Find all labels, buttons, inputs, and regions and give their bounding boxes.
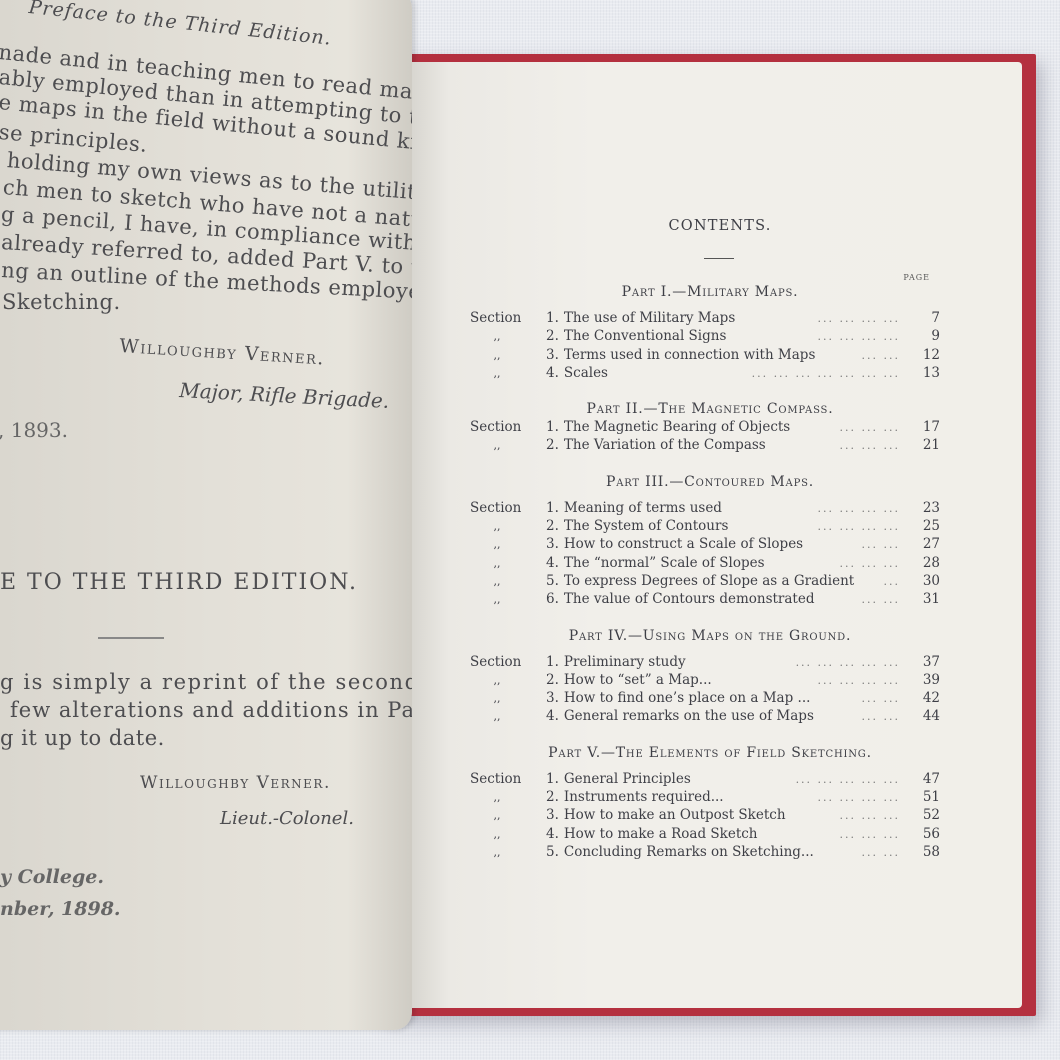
leader-dots: ... ... ... — [840, 439, 900, 452]
toc-entry[interactable]: Section 1. The Magnetic Bearing of Objec… — [470, 419, 940, 437]
preface-line: g is simply a reprint of the second — [0, 670, 412, 694]
part-heading: Part II.—The Magnetic Compass. — [470, 401, 940, 417]
section-title: General Principles — [564, 771, 788, 787]
toc-entry[interactable]: ,, 4. Scales ... ... ... ... ... ... ...… — [470, 365, 940, 383]
section-heading: E TO THE THIRD EDITION. — [0, 570, 358, 595]
ditto-mark: ,, — [470, 538, 546, 551]
leader-dots: ... ... ... — [840, 809, 900, 822]
section-number: 1. — [546, 771, 559, 787]
section-number: 3. — [546, 347, 559, 363]
toc-entry[interactable]: ,, 2. How to “set” a Map... ... ... ... … — [470, 672, 940, 690]
page-number: 47 — [900, 771, 940, 787]
leader-dots: ... ... — [862, 538, 900, 551]
page-number: 23 — [900, 500, 940, 516]
page-number: 9 — [900, 328, 940, 344]
section-title: The use of Military Maps — [564, 310, 810, 326]
table-of-contents: CONTENTS. PAGE Part I.—Military Maps. Se… — [470, 218, 940, 880]
section-label: Section — [470, 419, 546, 435]
section-number: 2. — [546, 672, 559, 688]
preface-line: few alterations and additions in Part — [10, 698, 412, 722]
part-block: Part II.—The Magnetic Compass. Section 1… — [470, 401, 940, 456]
section-title: How to make a Road Sketch — [564, 826, 832, 842]
section-number: 2. — [546, 437, 559, 453]
contents-title: CONTENTS. — [500, 218, 940, 234]
leader-dots: ... ... ... ... — [818, 502, 900, 515]
leader-dots: ... ... — [862, 692, 900, 705]
section-label: Section — [470, 310, 546, 326]
ditto-mark: ,, — [470, 520, 546, 533]
part-heading: Part IV.—Using Maps on the Ground. — [470, 628, 940, 644]
section-title: The “normal” Scale of Slopes — [564, 555, 832, 571]
left-page: Preface to the Third Edition. nade and i… — [0, 0, 412, 1030]
page-number: 21 — [900, 437, 940, 453]
part-block: Part IV.—Using Maps on the Ground. Secti… — [470, 628, 940, 727]
toc-entry[interactable]: ,, 6. The value of Contours demonstrated… — [470, 591, 940, 609]
page-number: 17 — [900, 419, 940, 435]
section-number: 1. — [546, 310, 559, 326]
toc-entry[interactable]: ,, 3. How to construct a Scale of Slopes… — [470, 536, 940, 554]
section-number: 4. — [546, 555, 559, 571]
leader-dots: ... ... ... ... — [818, 791, 900, 804]
section-title: Meaning of terms used — [564, 500, 810, 516]
date: nber, 1898. — [0, 898, 121, 920]
part-block: Part III.—Contoured Maps. Section 1. Mea… — [470, 474, 940, 610]
ditto-mark: ,, — [470, 367, 546, 380]
ditto-mark: ,, — [470, 593, 546, 606]
section-number: 5. — [546, 844, 559, 860]
page-number: 25 — [900, 518, 940, 534]
page-number: 42 — [900, 690, 940, 706]
leader-dots: ... — [884, 575, 901, 588]
section-title: Concluding Remarks on Sketching... — [564, 844, 854, 860]
section-number: 4. — [546, 708, 559, 724]
section-number: 3. — [546, 536, 559, 552]
ditto-mark: ,, — [470, 575, 546, 588]
section-number: 3. — [546, 690, 559, 706]
section-title: Preliminary study — [564, 654, 788, 670]
section-title: How to find one’s place on a Map ... — [564, 690, 854, 706]
page-number: 12 — [900, 347, 940, 363]
leader-dots: ... ... ... ... — [818, 674, 900, 687]
section-number: 6. — [546, 591, 559, 607]
section-title: Terms used in connection with Maps — [564, 347, 854, 363]
toc-entry[interactable]: Section 1. The use of Military Maps ... … — [470, 310, 940, 328]
section-title: How to “set” a Map... — [564, 672, 810, 688]
ditto-mark: ,, — [470, 674, 546, 687]
ditto-mark: ,, — [470, 330, 546, 343]
ditto-mark: ,, — [470, 828, 546, 841]
page-number: 56 — [900, 826, 940, 842]
leader-dots: ... ... ... — [840, 828, 900, 841]
section-number: 2. — [546, 789, 559, 805]
section-title: The System of Contours — [564, 518, 810, 534]
section-number: 2. — [546, 518, 559, 534]
page-number: 28 — [900, 555, 940, 571]
part-block: Part V.—The Elements of Field Sketching.… — [470, 745, 940, 862]
toc-entry[interactable]: ,, 2. The System of Contours ... ... ...… — [470, 518, 940, 536]
section-number: 1. — [546, 654, 559, 670]
preface-line: g it up to date. — [0, 726, 165, 750]
ditto-mark: ,, — [470, 557, 546, 570]
section-title: How to make an Outpost Sketch — [564, 807, 832, 823]
toc-entry[interactable]: Section 1. General Principles ... ... ..… — [470, 771, 940, 789]
section-title: How to construct a Scale of Slopes — [564, 536, 854, 552]
ditto-mark: ,, — [470, 349, 546, 362]
toc-entry[interactable]: ,, 2. The Variation of the Compass ... .… — [470, 437, 940, 455]
leader-dots: ... ... ... ... — [818, 330, 900, 343]
section-number: 3. — [546, 807, 559, 823]
signature: Willoughby Verner. — [119, 335, 326, 370]
section-title: The value of Contours demonstrated — [564, 591, 854, 607]
section-title: The Conventional Signs — [564, 328, 810, 344]
section-title: The Variation of the Compass — [564, 437, 832, 453]
divider-rule — [98, 637, 164, 639]
toc-entry[interactable]: Section 1. Preliminary study ... ... ...… — [470, 654, 940, 672]
page-number: 7 — [900, 310, 940, 326]
section-number: 2. — [546, 328, 559, 344]
section-number: 4. — [546, 365, 559, 381]
section-label: Section — [470, 500, 546, 516]
section-title: To express Degrees of Slope as a Gradien… — [564, 573, 876, 589]
date: , 1893. — [0, 418, 68, 442]
leader-dots: ... ... ... ... ... — [796, 773, 900, 786]
section-title: Scales — [564, 365, 744, 381]
toc-entry[interactable]: Section 1. Meaning of terms used ... ...… — [470, 500, 940, 518]
section-number: 1. — [546, 500, 559, 516]
toc-entry[interactable]: ,, 4. General remarks on the use of Maps… — [470, 708, 940, 726]
toc-entry[interactable]: ,, 4. The “normal” Scale of Slopes ... .… — [470, 555, 940, 573]
preface-line: Sketching. — [2, 290, 121, 314]
section-number: 5. — [546, 573, 559, 589]
page-number: 58 — [900, 844, 940, 860]
part-heading: Part III.—Contoured Maps. — [470, 474, 940, 490]
leader-dots: ... ... ... ... ... ... ... — [752, 367, 900, 380]
ditto-mark: ,, — [470, 692, 546, 705]
running-head: Preface to the Third Edition. — [28, 0, 333, 50]
toc-entry[interactable]: ,, 5. Concluding Remarks on Sketching...… — [470, 844, 940, 862]
page-number: 52 — [900, 807, 940, 823]
page-number: 31 — [900, 591, 940, 607]
page-number: 27 — [900, 536, 940, 552]
section-title: Instruments required... — [564, 789, 810, 805]
part-block: Part I.—Military Maps. Section 1. The us… — [470, 284, 940, 383]
toc-entry[interactable]: ,, 2. The Conventional Signs ... ... ...… — [470, 328, 940, 346]
author-title: Lieut.-Colonel. — [220, 808, 354, 829]
leader-dots: ... ... — [862, 846, 900, 859]
page-number: 37 — [900, 654, 940, 670]
section-label: Section — [470, 654, 546, 670]
part-heading: Part V.—The Elements of Field Sketching. — [470, 745, 940, 761]
section-label: Section — [470, 771, 546, 787]
section-number: 4. — [546, 826, 559, 842]
page-number: 13 — [900, 365, 940, 381]
toc-entry[interactable]: ,, 4. How to make a Road Sketch ... ... … — [470, 826, 940, 844]
leader-dots: ... ... ... ... ... — [796, 656, 900, 669]
ditto-mark: ,, — [470, 846, 546, 859]
ditto-mark: ,, — [470, 439, 546, 452]
part-heading: Part I.—Military Maps. — [470, 284, 940, 300]
page-column-label: PAGE — [470, 273, 940, 282]
section-number: 1. — [546, 419, 559, 435]
leader-dots: ... ... — [862, 349, 900, 362]
section-title: General remarks on the use of Maps — [564, 708, 854, 724]
page-number: 51 — [900, 789, 940, 805]
page-number: 39 — [900, 672, 940, 688]
leader-dots: ... ... ... — [840, 557, 900, 570]
ditto-mark: ,, — [470, 809, 546, 822]
page-number: 30 — [900, 573, 940, 589]
leader-dots: ... ... — [862, 593, 900, 606]
signature: Willoughby Verner. — [140, 773, 331, 793]
ditto-mark: ,, — [470, 791, 546, 804]
author-title: Major, Rifle Brigade. — [179, 378, 390, 413]
leader-dots: ... ... ... ... — [818, 312, 900, 325]
toc-entry[interactable]: ,, 3. How to make an Outpost Sketch ... … — [470, 807, 940, 825]
page-number: 44 — [900, 708, 940, 724]
leader-dots: ... ... ... ... — [818, 520, 900, 533]
toc-entry[interactable]: ,, 3. How to find one’s place on a Map .… — [470, 690, 940, 708]
section-title: The Magnetic Bearing of Objects — [564, 419, 832, 435]
toc-entry[interactable]: ,, 2. Instruments required... ... ... ..… — [470, 789, 940, 807]
place: y College. — [0, 866, 104, 888]
toc-entry[interactable]: ,, 3. Terms used in connection with Maps… — [470, 347, 940, 365]
toc-entry[interactable]: ,, 5. To express Degrees of Slope as a G… — [470, 573, 940, 591]
leader-dots: ... ... — [862, 710, 900, 723]
ditto-mark: ,, — [470, 710, 546, 723]
divider-rule — [704, 258, 734, 259]
leader-dots: ... ... ... — [840, 421, 900, 434]
